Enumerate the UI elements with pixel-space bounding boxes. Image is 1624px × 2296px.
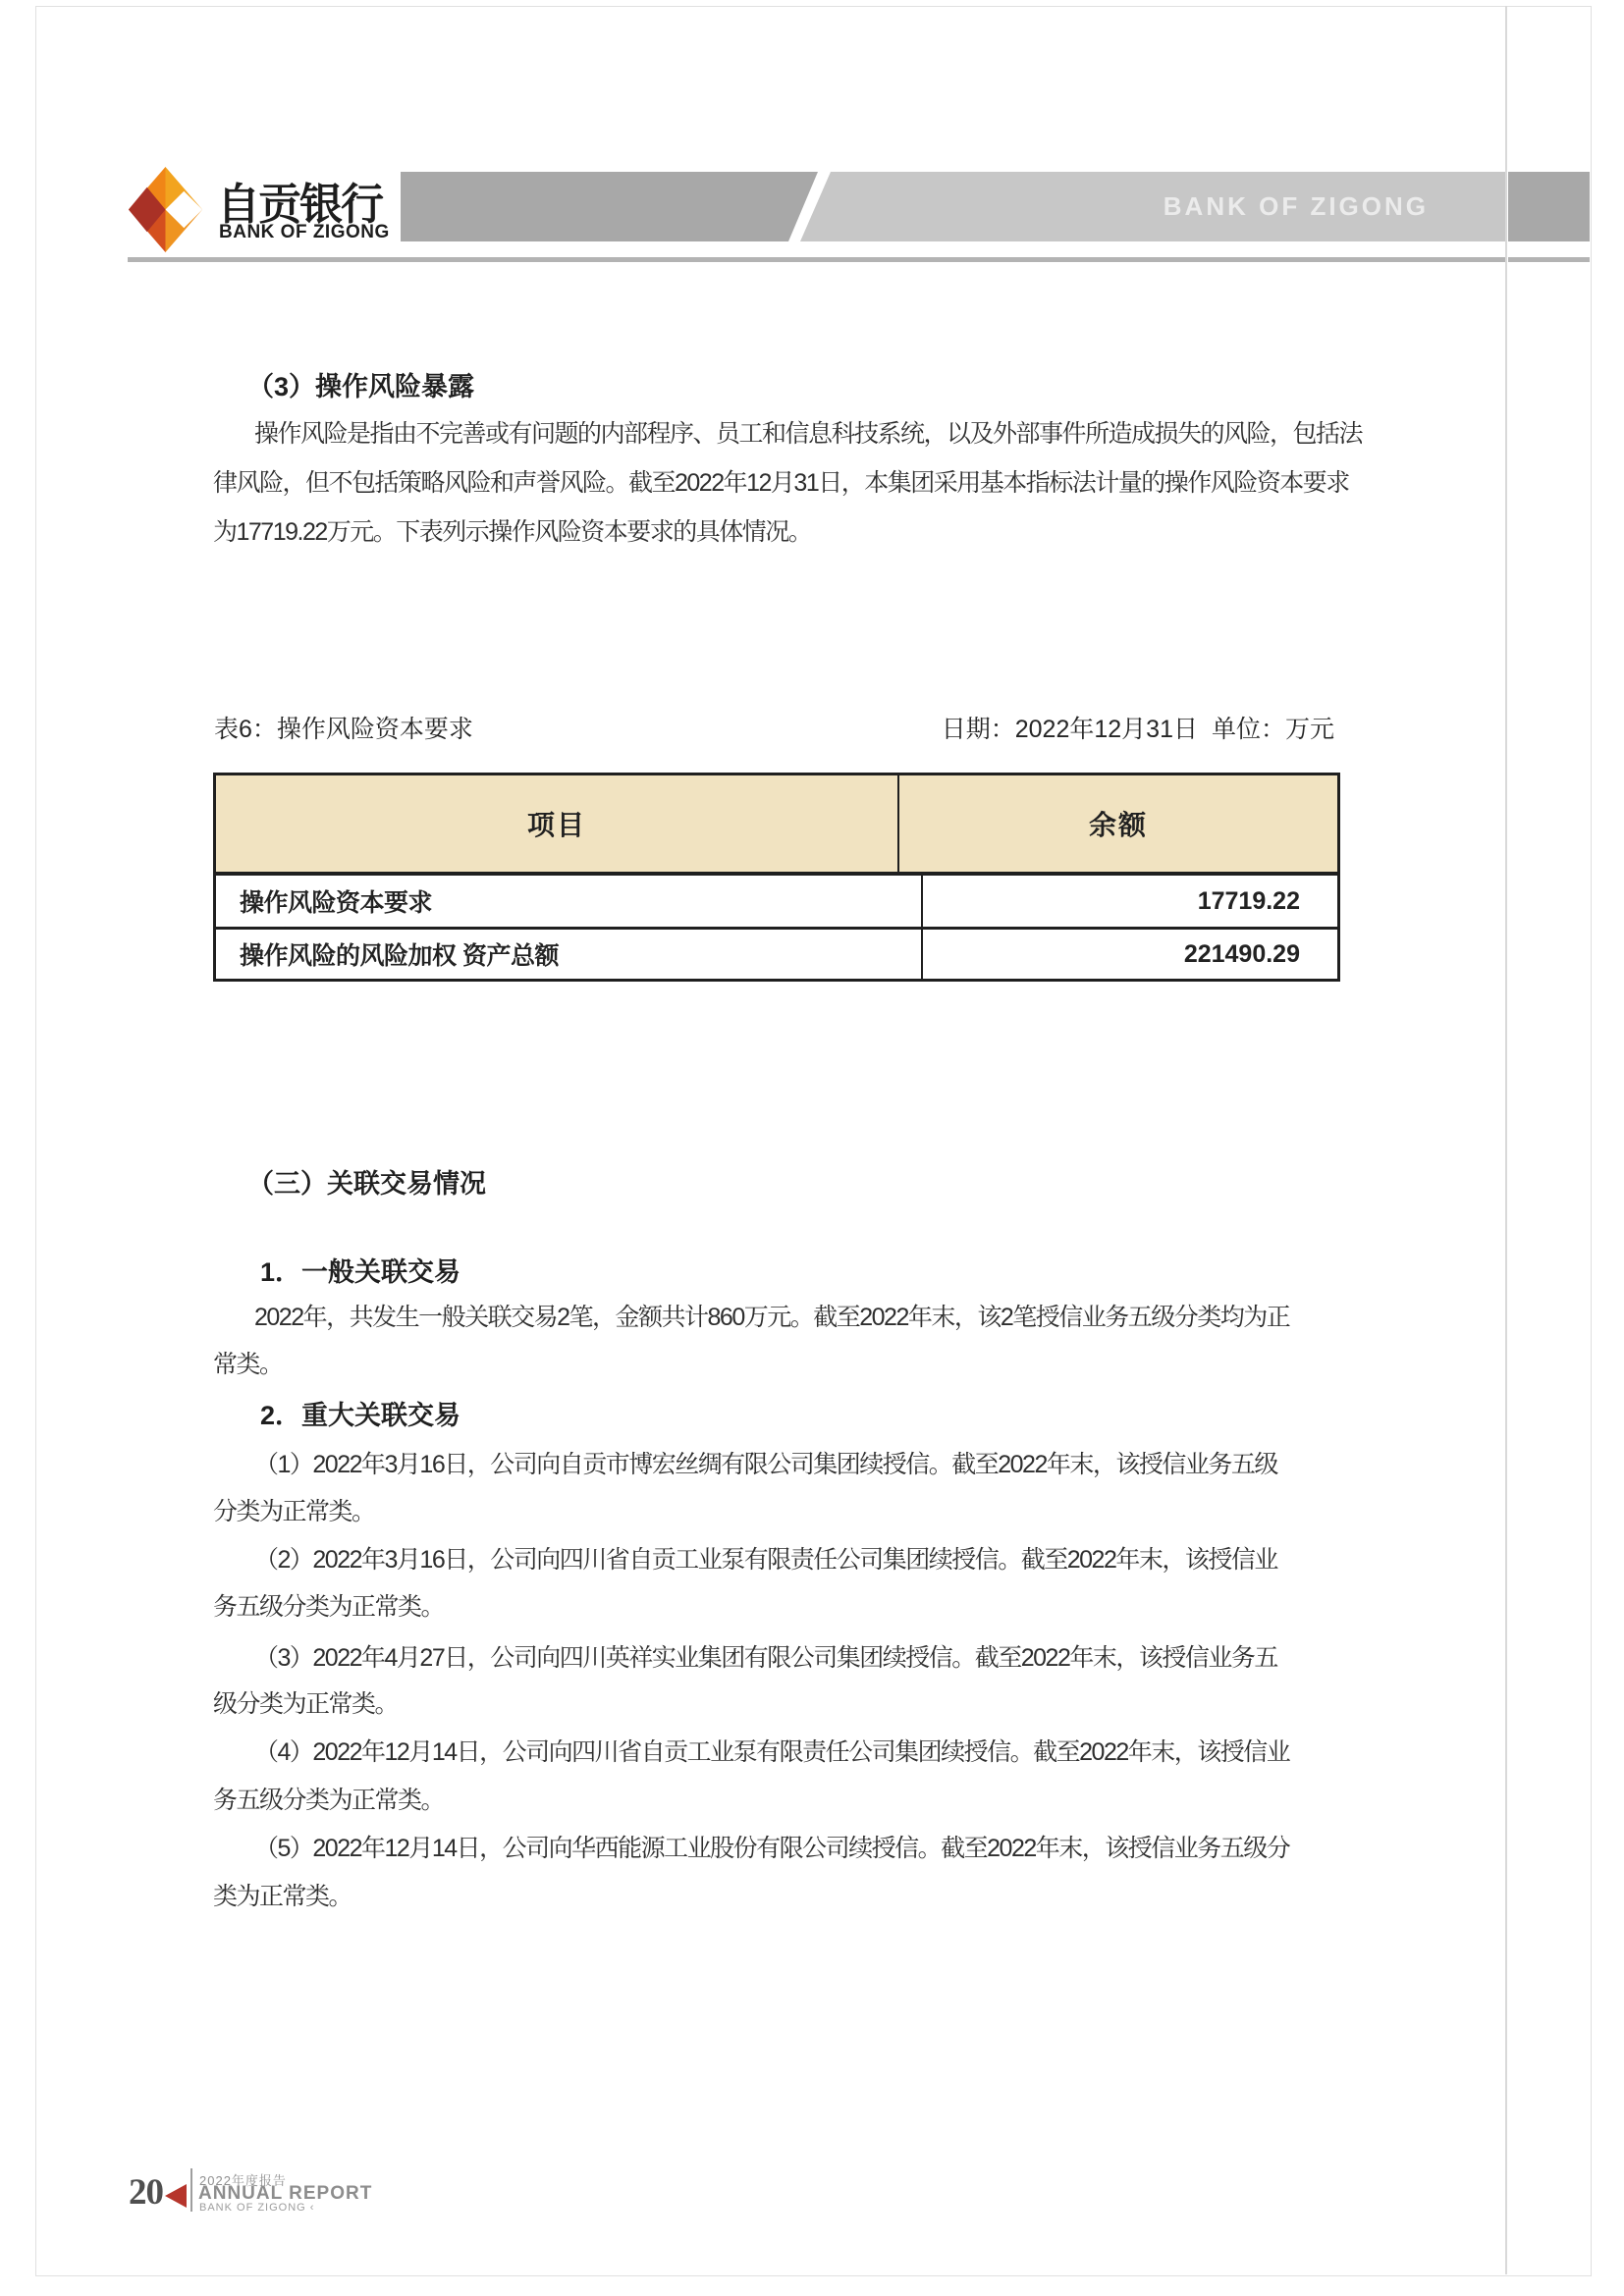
para-line: 务五级分类为正常类。: [213, 1781, 1335, 1816]
table-header-row: 项目 余额: [216, 775, 1337, 876]
para-line: 级分类为正常类。: [213, 1684, 1335, 1720]
para-line: 操作风险是指由不完善或有问题的内部程序、员工和信息科技系统，以及外部事件所造成损…: [213, 414, 1377, 450]
para-line: （2）2022年3月16日，公司向四川省自贡工业泵有限责任公司集团续授信。截至2…: [213, 1540, 1377, 1575]
report-page: 自贡银行 BANK OF ZIGONG BANK OF ZIGONG （3）操作…: [0, 0, 1624, 2296]
para-line: （5）2022年12月14日，公司向华西能源工业股份有限公司续授信。截至2022…: [213, 1829, 1377, 1864]
section-heading-operational-risk: （3）操作风险暴露: [247, 365, 474, 403]
para-line: 律风险，但不包括策略风险和声誉风险。截至2022年12月31日，本集团采用基本指…: [213, 463, 1335, 499]
page-border: [35, 6, 1592, 2276]
table-row: 操作风险的风险加权 资产总额 221490.29: [216, 930, 1337, 979]
page-edge-line: [1505, 6, 1507, 2274]
para-line: 2022年，共发生一般关联交易2笔，金额共计860万元。截至2022年末，该2笔…: [213, 1298, 1377, 1333]
table-date-label: 日期：2022年12月31日: [942, 716, 1198, 743]
header-band-light: BANK OF ZIGONG: [800, 172, 1505, 241]
para-line: 分类为正常类。: [213, 1492, 1335, 1527]
bank-logo-icon: [128, 167, 203, 252]
table-col-header-balance: 余额: [899, 775, 1337, 872]
footer-divider: [190, 2168, 192, 2212]
para-line: 常类。: [213, 1345, 1335, 1380]
operational-risk-table: 项目 余额 操作风险资本要求 17719.22 操作风险的风险加权 资产总额 2…: [213, 773, 1340, 982]
header-band-dark: [401, 172, 818, 241]
para-line: 类为正常类。: [213, 1877, 1335, 1912]
para-line: （4）2022年12月14日，公司向四川省自贡工业泵有限责任公司集团续授信。截至…: [213, 1733, 1377, 1768]
para-line: （3）2022年4月27日，公司向四川英祥实业集团有限公司集团续授信。截至202…: [213, 1638, 1377, 1674]
table-date-unit: 日期：2022年12月31日单位：万元: [942, 710, 1334, 745]
table-unit-label: 单位：万元: [1212, 716, 1334, 743]
table-cell-value: 221490.29: [923, 930, 1337, 979]
para-line: （1）2022年3月16日，公司向自贡市博宏丝绸有限公司集团续授信。截至2022…: [213, 1445, 1377, 1480]
table-caption: 表6：操作风险资本要求: [214, 710, 473, 745]
footer-triangle-icon: [165, 2184, 187, 2208]
subheading-major-transactions: 2．重大关联交易: [260, 1394, 460, 1432]
para-line: 务五级分类为正常类。: [213, 1587, 1335, 1623]
adjacent-page-rule: [1508, 257, 1590, 262]
section-heading-related-party: （三）关联交易情况: [247, 1162, 486, 1201]
table-col-header-item: 项目: [216, 775, 899, 872]
table-cell-value: 17719.22: [923, 876, 1337, 927]
bank-name-en: BANK OF ZIGONG: [219, 222, 390, 243]
table-cell-item: 操作风险的风险加权 资产总额: [216, 930, 923, 979]
table-row: 操作风险资本要求 17719.22: [216, 876, 1337, 930]
table-cell-item: 操作风险资本要求: [216, 876, 923, 927]
page-number: 20: [129, 2171, 163, 2214]
header-rule: [128, 257, 1505, 262]
subheading-general-transactions: 1．一般关联交易: [260, 1251, 460, 1289]
header-band-text: BANK OF ZIGONG: [1164, 191, 1429, 222]
para-line: 为17719.22万元。下表列示操作风险资本要求的具体情况。: [213, 512, 1335, 548]
footer-bank-name: BANK OF ZIGONG ‹: [199, 2202, 314, 2214]
adjacent-page-band: [1508, 172, 1590, 241]
